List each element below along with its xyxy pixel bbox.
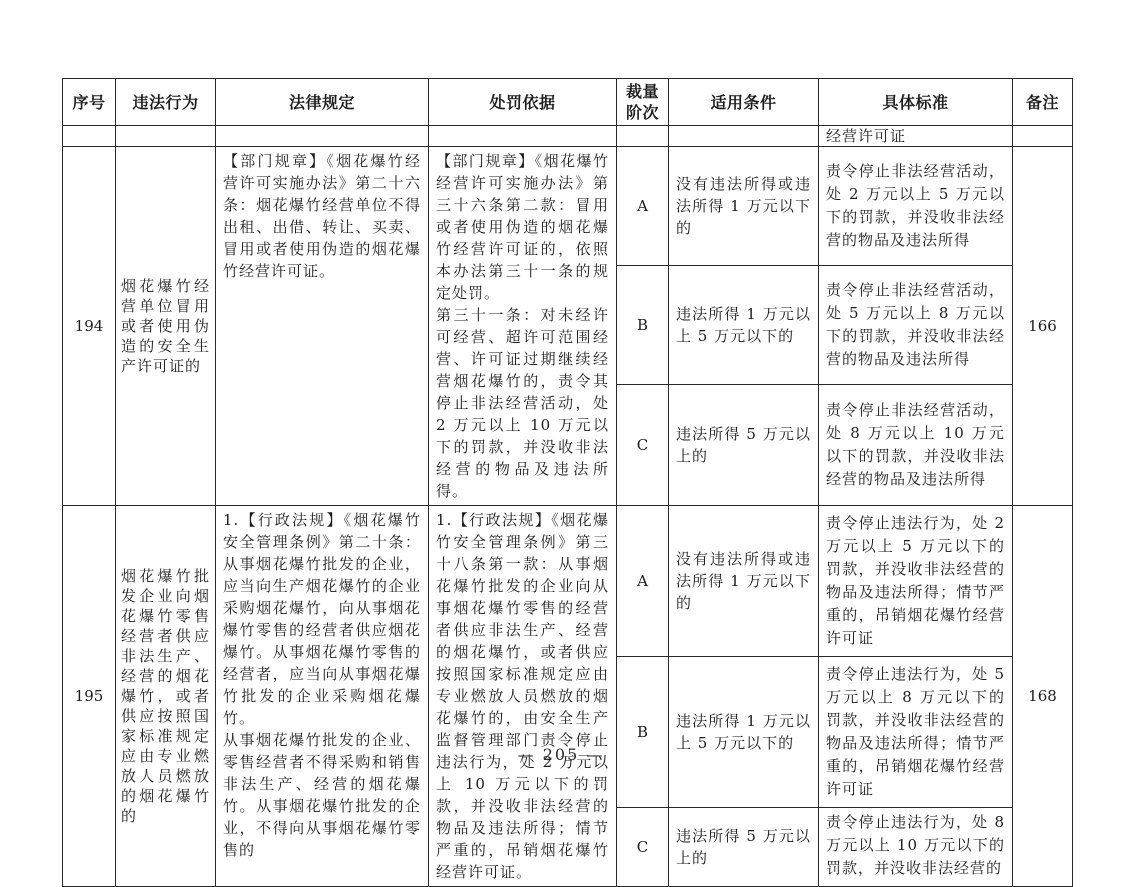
row-194-standard-c: 责令停止非法经营活动，处 8 万元以上 10 万元以下的罚款，并没收非法经营的物… bbox=[819, 384, 1013, 505]
row-194-condition-c: 违法所得 5 万元以上的 bbox=[669, 384, 819, 505]
page-number: — 205 — bbox=[0, 745, 1122, 764]
row-195-standard-a: 责令停止违法行为，处 2 万元以上 5 万元以下的罚款，并没收非法经营的物品及违… bbox=[819, 506, 1013, 657]
row-195-basis: 1.【行政法规】《烟花爆竹安全管理条例》第三十八条第一款：从事烟花爆竹批发的企业… bbox=[429, 506, 617, 887]
penalty-discretion-table: 序号 违法行为 法律规定 处罚依据 裁量阶次 适用条件 具体标准 备注 经营许可… bbox=[62, 78, 1073, 887]
carryover-row: 经营许可证 bbox=[63, 126, 1073, 147]
row-195-behavior: 烟花爆竹批发企业向烟花爆竹零售经营者供应非法生产、经营的烟花爆竹，或者供应按照国… bbox=[116, 506, 216, 887]
row-195-condition-a: 没有违法所得或违法所得 1 万元以下的 bbox=[669, 506, 819, 657]
row-194-condition-b: 违法所得 1 万元以上 5 万元以下的 bbox=[669, 265, 819, 384]
row-194-grade-b: B bbox=[617, 265, 669, 384]
carryover-standard-cell: 经营许可证 bbox=[819, 126, 1013, 147]
row-195-condition-b: 违法所得 1 万元以上 5 万元以下的 bbox=[669, 656, 819, 807]
header-condition: 适用条件 bbox=[669, 79, 819, 126]
carryover-law-cell bbox=[216, 126, 429, 147]
header-grade: 裁量阶次 bbox=[617, 79, 669, 126]
row-195-condition-c: 违法所得 5 万元以上的 bbox=[669, 807, 819, 886]
carryover-condition-cell bbox=[669, 126, 819, 147]
row-195-standard-b: 责令停止违法行为，处 5 万元以上 8 万元以下的罚款，并没收非法经营的物品及违… bbox=[819, 656, 1013, 807]
header-remark: 备注 bbox=[1013, 79, 1073, 126]
table-header-row: 序号 违法行为 法律规定 处罚依据 裁量阶次 适用条件 具体标准 备注 bbox=[63, 79, 1073, 126]
row-195-no: 195 bbox=[63, 506, 116, 887]
header-no: 序号 bbox=[63, 79, 116, 126]
row-195-grade-c: C bbox=[617, 807, 669, 886]
carryover-basis-cell bbox=[429, 126, 617, 147]
row-194-grade-a: A bbox=[617, 147, 669, 266]
carryover-no-cell bbox=[63, 126, 116, 147]
row-194-standard-a: 责令停止非法经营活动，处 2 万元以上 5 万元以下的罚款，并没收非法经营的物品… bbox=[819, 147, 1013, 266]
row-194-behavior: 烟花爆竹经营单位冒用或者使用伪造的安全生产许可证的 bbox=[116, 147, 216, 506]
row-194-law: 【部门规章】《烟花爆竹经营许可实施办法》第二十六条：烟花爆竹经营单位不得出租、出… bbox=[216, 147, 429, 506]
document-page: 序号 违法行为 法律规定 处罚依据 裁量阶次 适用条件 具体标准 备注 经营许可… bbox=[0, 0, 1122, 793]
row-195-law: 1.【行政法规】《烟花爆竹安全管理条例》第二十条：从事烟花爆竹批发的企业，应当向… bbox=[216, 506, 429, 887]
row-195-grade-a: A bbox=[617, 506, 669, 657]
carryover-behavior-cell bbox=[116, 126, 216, 147]
carryover-remark-cell bbox=[1013, 126, 1073, 147]
table-row: 194 烟花爆竹经营单位冒用或者使用伪造的安全生产许可证的 【部门规章】《烟花爆… bbox=[63, 147, 1073, 266]
row-194-standard-b: 责令停止非法经营活动，处 5 万元以上 8 万元以下的罚款，并没收非法经营的物品… bbox=[819, 265, 1013, 384]
row-195-grade-b: B bbox=[617, 656, 669, 807]
row-194-condition-a: 没有违法所得或违法所得 1 万元以下的 bbox=[669, 147, 819, 266]
header-basis: 处罚依据 bbox=[429, 79, 617, 126]
row-194-remark: 166 bbox=[1013, 147, 1073, 506]
row-195-standard-c: 责令停止违法行为，处 8 万元以上 10 万元以下的罚款，并没收非法经营的 bbox=[819, 807, 1013, 886]
header-standard: 具体标准 bbox=[819, 79, 1013, 126]
row-195-remark: 168 bbox=[1013, 506, 1073, 887]
table-row: 195 烟花爆竹批发企业向烟花爆竹零售经营者供应非法生产、经营的烟花爆竹，或者供… bbox=[63, 506, 1073, 657]
header-behavior: 违法行为 bbox=[116, 79, 216, 126]
row-194-no: 194 bbox=[63, 147, 116, 506]
row-194-basis: 【部门规章】《烟花爆竹经营许可实施办法》第三十六条第二款：冒用或者使用伪造的烟花… bbox=[429, 147, 617, 506]
header-law: 法律规定 bbox=[216, 79, 429, 126]
carryover-grade-cell bbox=[617, 126, 669, 147]
row-194-grade-c: C bbox=[617, 384, 669, 505]
